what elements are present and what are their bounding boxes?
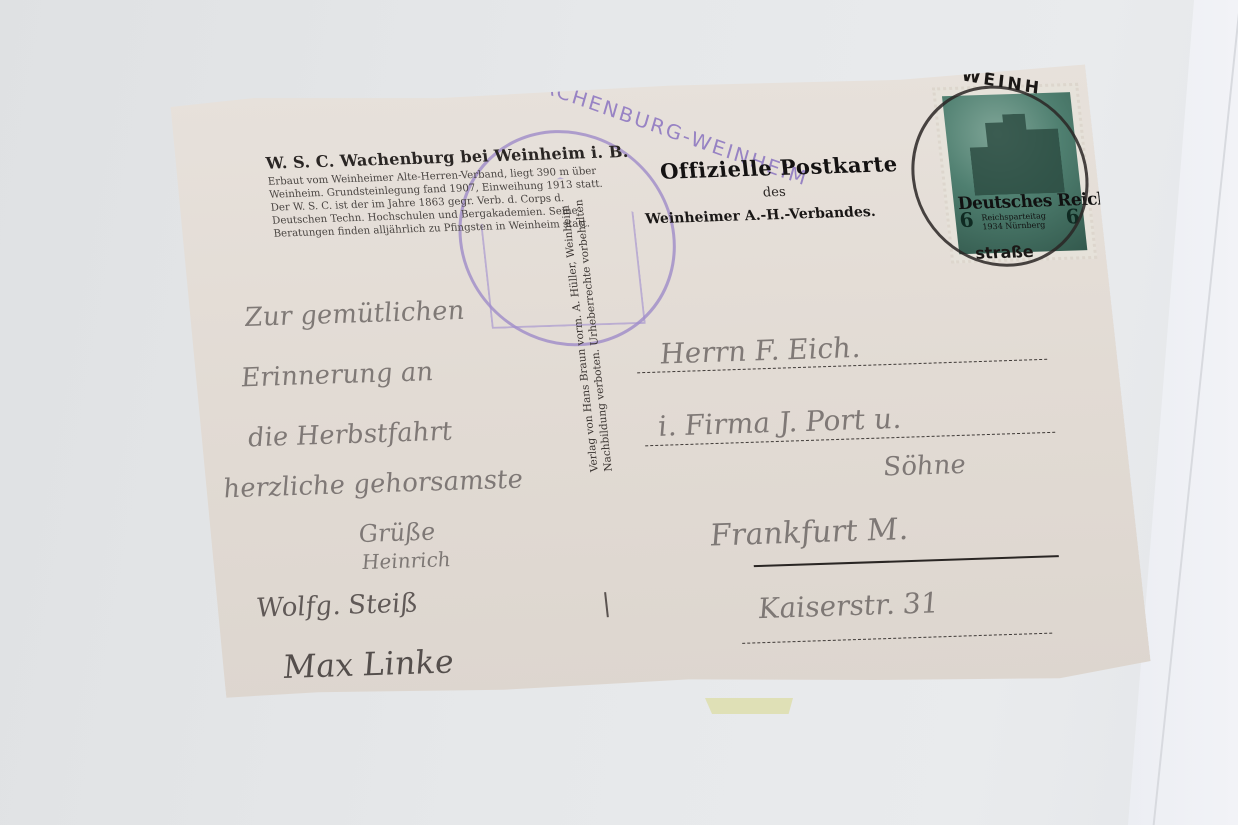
association-name: Weinheimer A.-H.-Verbandes. — [645, 204, 877, 228]
address-line: Söhne — [882, 450, 968, 483]
signature-line: Wolfg. Steiß — [255, 588, 419, 623]
address-line: i. Firma J. Port u. — [656, 402, 902, 443]
album-page-edge — [1128, 0, 1238, 825]
message-line: Erinnerung an — [240, 357, 435, 393]
address-rule-3 — [754, 555, 1059, 567]
message-line: Grüße — [357, 518, 436, 549]
title-des: des — [762, 185, 786, 201]
message-line: die Herbstfahrt — [246, 417, 454, 454]
mounting-corner-tab — [705, 698, 793, 714]
message-line: Heinrich — [361, 547, 452, 574]
postcard: WACHENBURG-WEINHEIM W. S. C. Wachenburg … — [160, 64, 1153, 710]
address-line: Frankfurt M. — [708, 512, 909, 554]
address-line: Kaiserstr. 31 — [757, 586, 941, 625]
official-postcard-title: Offizielle Postkarte — [659, 151, 899, 184]
divider-mark — [604, 592, 608, 617]
message-line: Zur gemütlichen — [243, 296, 466, 333]
signature-max-linke: Max Linke — [281, 642, 456, 686]
postmark-bottom-text: straße — [974, 242, 1034, 263]
address-line: Herrn F. Eich. — [658, 331, 861, 371]
address-rule-4 — [742, 633, 1052, 644]
message-line: herzliche gehorsamste — [222, 464, 525, 504]
